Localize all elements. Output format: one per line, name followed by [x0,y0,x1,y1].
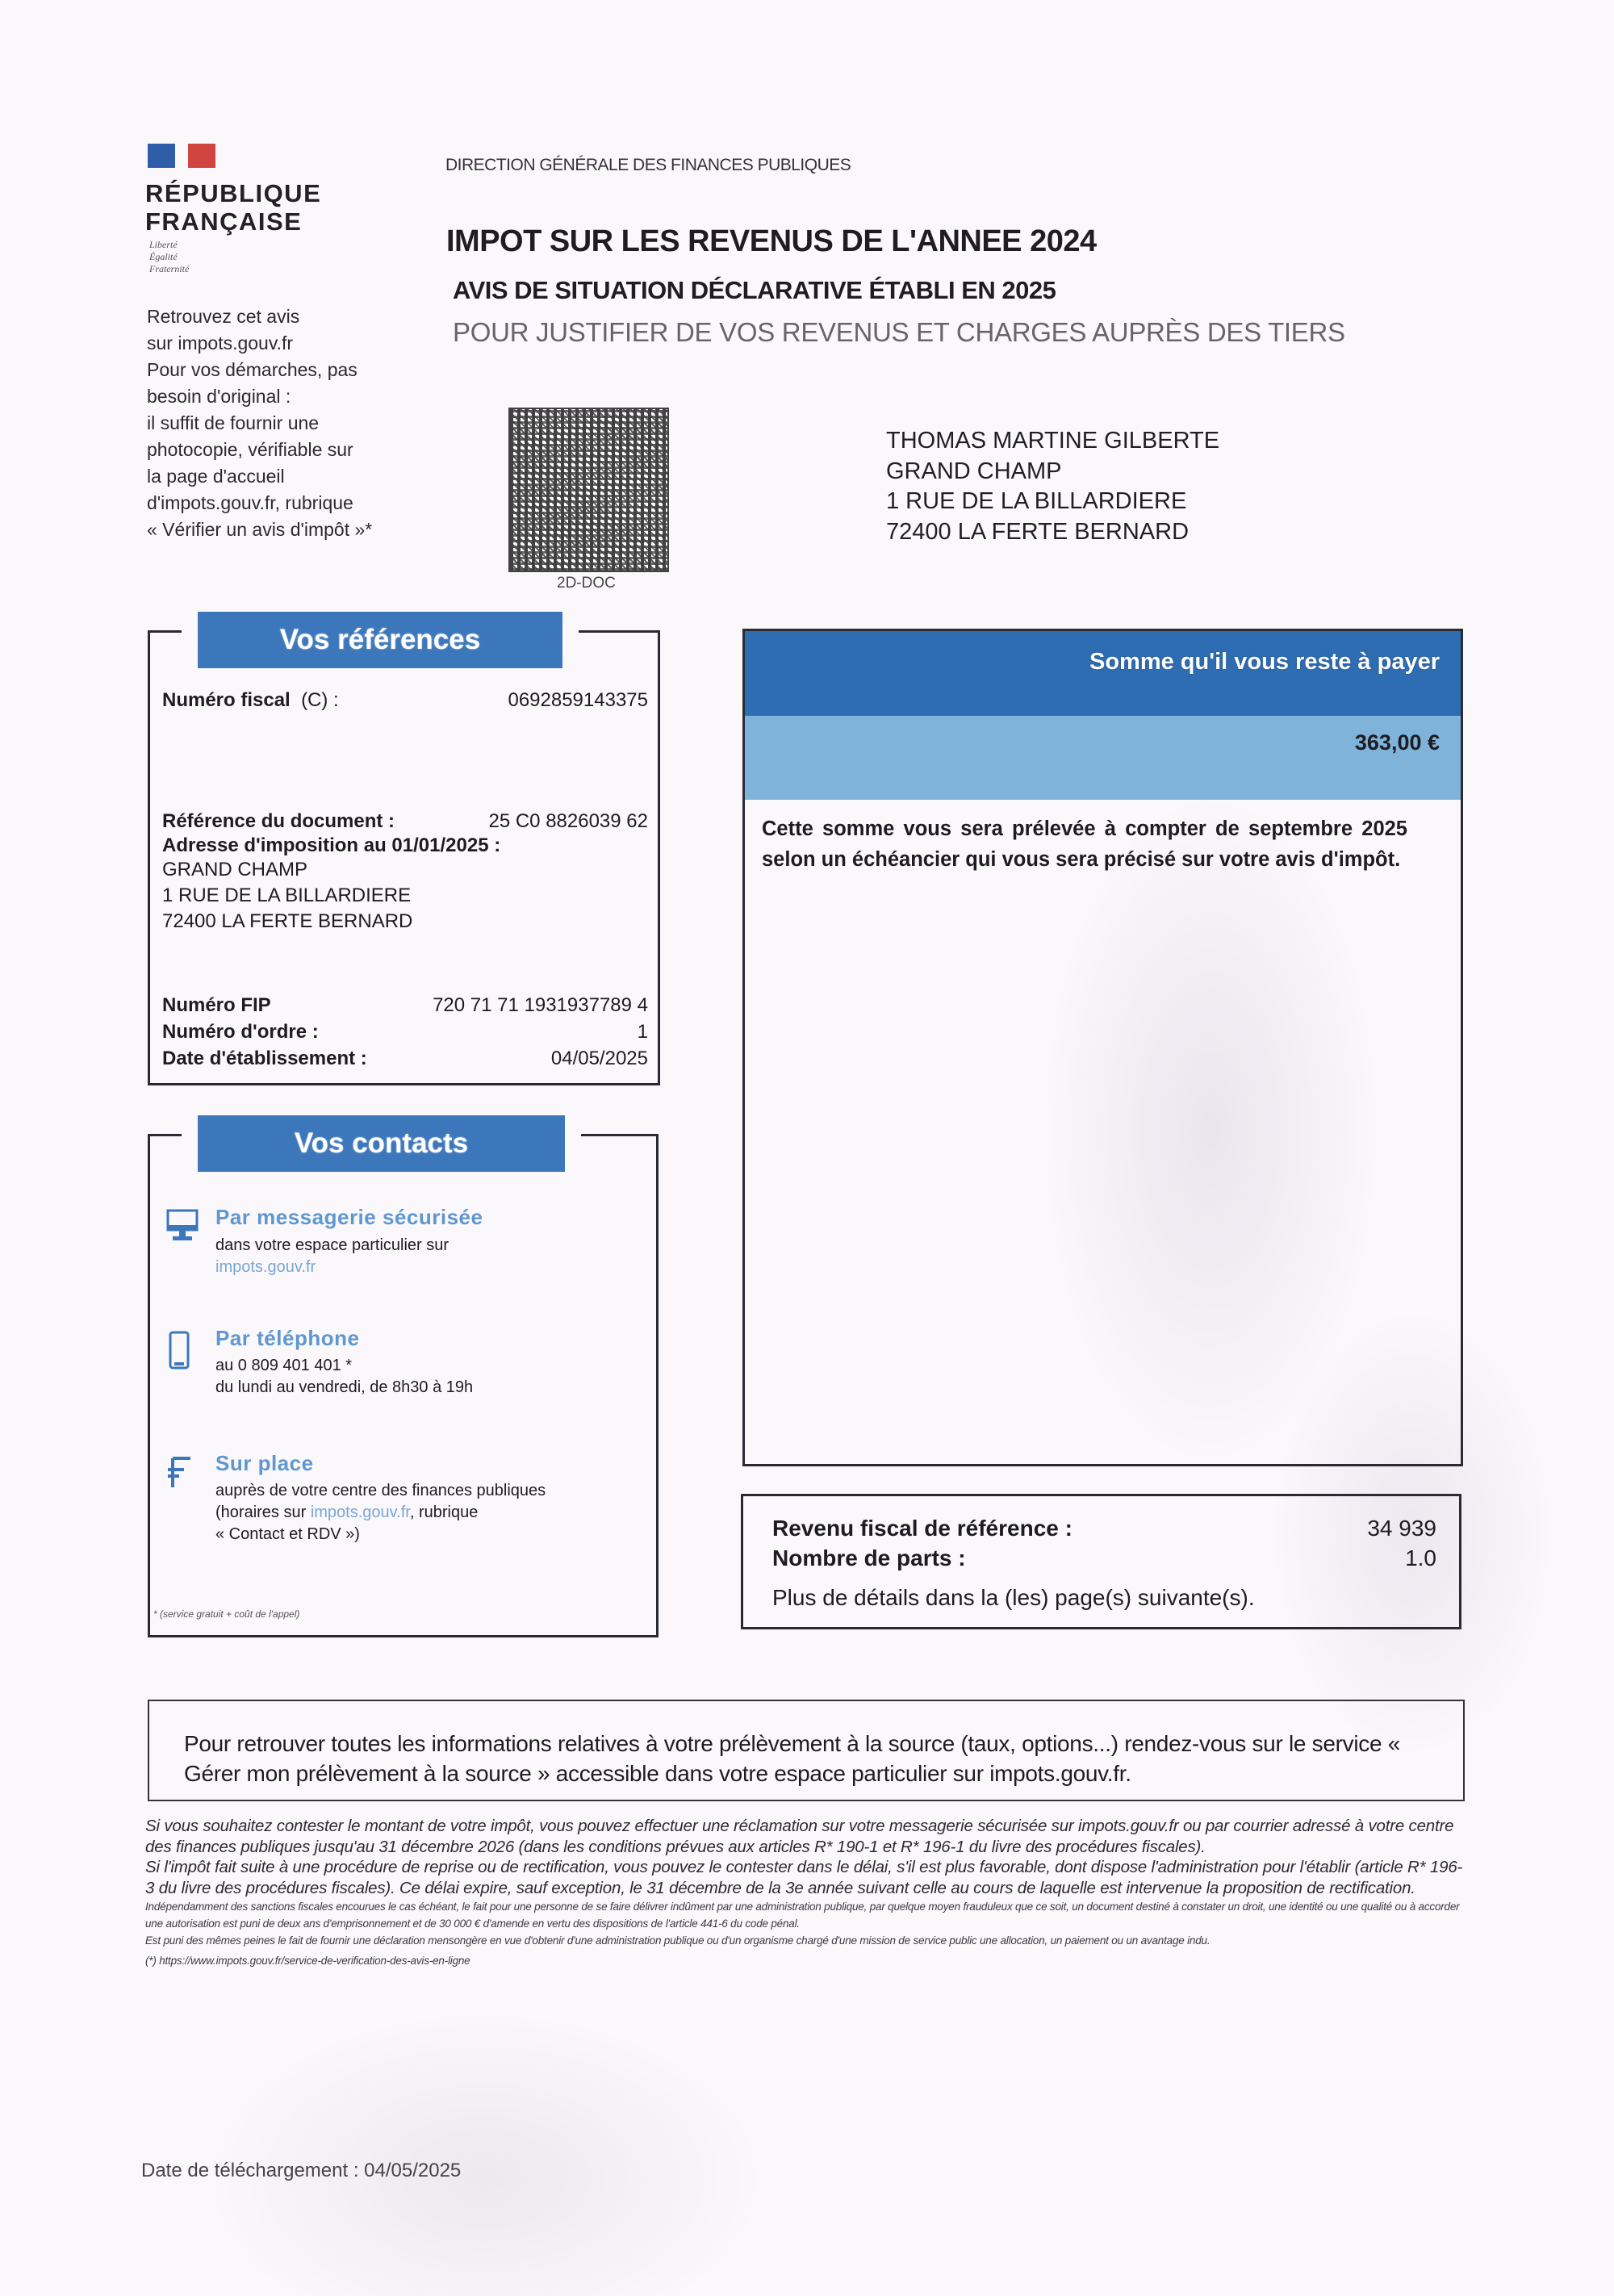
fiscal-number-value: 0692859143375 [508,689,648,712]
contact-line: (horaires sur [215,1503,311,1521]
legal-contest-text: Si vous souhaitez contester le montant d… [145,1816,1469,1857]
recipient-line: 1 RUE DE LA BILLARDIERE [886,487,1219,517]
recipient-line: 72400 LA FERTE BERNARD [886,517,1219,548]
rfr-row: Revenu fiscal de référence : 34 939 [772,1516,1436,1541]
order-label: Numéro d'ordre : [162,1021,319,1043]
amount-due-value: 363,00 € [1355,730,1440,755]
contact-onsite-heading: Sur place [215,1451,314,1476]
parts-row: Nombre de parts : 1.0 [772,1545,1436,1571]
contacts-box: Par messagerie sécurisée dans votre espa… [148,1134,659,1637]
reference-income-box: Revenu fiscal de référence : 34 939 Nomb… [741,1494,1461,1629]
contact-line: dans votre espace particulier sur [215,1235,449,1257]
note-line: il suffit de fournir une [147,410,429,437]
note-line: d'impots.gouv.fr, rubrique [147,490,429,516]
legal-rectification-text: Si l'impôt fait suite à une procédure de… [145,1857,1469,1898]
parts-label: Nombre de parts : [772,1545,966,1571]
contact-phone-hours: du lundi au vendredi, de 8h30 à 19h [215,1377,473,1399]
issue-date-row: Date d'établissement : 04/05/2025 [162,1048,648,1070]
amount-due-band: 363,00 € [745,716,1461,800]
note-line: Retrouvez cet avis [147,303,429,330]
motto-egalite: Égalité [149,251,189,263]
contact-line: , rubrique [410,1503,479,1521]
verification-url-note: (*) https://www.impots.gouv.fr/service-d… [145,1952,1469,1969]
document-page: RÉPUBLIQUE FRANÇAISE Liberté Égalité Fra… [0,0,1614,2296]
contact-secure-messaging-heading: Par messagerie sécurisée [215,1205,483,1230]
fiscal-number-row: Numéro fiscal (C) : 0692859143375 [162,689,648,712]
note-line: sur impots.gouv.fr [147,330,429,357]
order-row: Numéro d'ordre : 1 [162,1021,648,1043]
recipient-address: THOMAS MARTINE GILBERTE GRAND CHAMP 1 RU… [886,426,1219,547]
fip-row: Numéro FIP 720 71 71 1931937789 4 [162,994,648,1017]
legal-fraud-text-2: Est puni des mêmes peines le fait de fou… [145,1932,1469,1949]
contact-secure-messaging-text: dans votre espace particulier sur impots… [215,1235,449,1278]
withholding-tax-info-text: Pour retrouver toutes les informations r… [184,1729,1443,1788]
contacts-title: Vos contacts [198,1115,565,1172]
tax-address-line: 72400 LA FERTE BERNARD [162,909,412,935]
note-line: photocopie, vérifiable sur [147,437,429,463]
motto-fraternite: Fraternité [149,263,189,275]
impots-gouv-link[interactable]: impots.gouv.fr [215,1257,449,1278]
fip-label: Numéro FIP [162,994,271,1017]
note-line: besoin d'original : [147,383,429,410]
references-box: Numéro fiscal (C) : 0692859143375 Référe… [148,630,660,1085]
issue-date-value: 04/05/2025 [551,1048,648,1070]
legal-notices: Si vous souhaitez contester le montant d… [145,1816,1469,1969]
contact-phone-text: au 0 809 401 401 * du lundi au vendredi,… [215,1355,473,1399]
logo-line-1: RÉPUBLIQUE [145,179,321,207]
amount-due-explanation: Cette somme vous sera prélevée à compter… [762,813,1407,875]
tax-address-label: Adresse d'imposition au 01/01/2025 : [162,832,500,859]
contact-line: « Contact et RDV ») [215,1524,546,1545]
computer-icon [166,1209,199,1247]
dgfip-building-icon [166,1455,194,1495]
logo-line-2: FRANÇAISE [145,207,321,236]
recipient-line: GRAND CHAMP [886,457,1219,487]
recipient-name: THOMAS MARTINE GILBERTE [886,426,1219,457]
document-ref-label: Référence du document : [162,810,395,833]
document-title: IMPOT SUR LES REVENUS DE L'ANNEE 2024 [446,224,1097,259]
more-details-note: Plus de détails dans la (les) page(s) su… [772,1585,1255,1611]
tax-address: GRAND CHAMP 1 RUE DE LA BILLARDIERE 7240… [162,857,412,935]
phone-icon [168,1330,190,1374]
fip-value: 720 71 71 1931937789 4 [433,994,648,1017]
barcode-label: 2D-DOC [557,575,616,592]
impots-gouv-link[interactable]: impots.gouv.fr [311,1503,410,1521]
verification-note: Retrouvez cet avis sur impots.gouv.fr Po… [147,303,429,543]
amount-due-box: Somme qu'il vous reste à payer 363,00 € … [742,629,1463,1466]
document-subtitle: AVIS DE SITUATION DÉCLARATIVE ÉTABLI EN … [453,276,1056,305]
french-flag-logo-icon [148,144,215,168]
document-ref-value: 25 C0 8826039 62 [488,810,648,833]
amount-due-header: Somme qu'il vous reste à payer [745,631,1461,716]
issuing-authority: DIRECTION GÉNÉRALE DES FINANCES PUBLIQUE… [445,156,851,175]
contact-phone-number: au 0 809 401 401 * [215,1355,473,1377]
2d-doc-barcode-icon [508,408,669,572]
document-ref-row: Référence du document : 25 C0 8826039 62 [162,810,648,833]
contact-line: auprès de votre centre des finances publ… [215,1480,546,1502]
amount-due-label: Somme qu'il vous reste à payer [1089,649,1440,675]
fiscal-number-suffix: (C) : [301,689,339,711]
references-title: Vos références [198,612,562,668]
download-date: Date de téléchargement : 04/05/2025 [141,2160,461,2182]
rfr-value: 34 939 [1367,1516,1436,1541]
tax-address-line: 1 RUE DE LA BILLARDIERE [162,883,412,909]
rfr-label: Revenu fiscal de référence : [772,1516,1073,1541]
note-line: la page d'accueil [147,463,429,490]
republique-francaise-logo: RÉPUBLIQUE FRANÇAISE [145,179,321,236]
motto: Liberté Égalité Fraternité [149,239,189,275]
parts-value: 1.0 [1405,1545,1436,1571]
note-line: Pour vos démarches, pas [147,357,429,383]
issue-date-label: Date d'établissement : [162,1048,367,1070]
legal-fraud-text: Indépendamment des sanctions fiscales en… [145,1898,1469,1932]
note-line: « Vérifier un avis d'impôt »* [147,516,429,543]
contact-onsite-text: auprès de votre centre des finances publ… [215,1480,546,1545]
motto-liberte: Liberté [149,239,189,251]
withholding-tax-info-box: Pour retrouver toutes les informations r… [148,1700,1465,1801]
fiscal-number-label: Numéro fiscal [162,689,291,711]
document-purpose: POUR JUSTIFIER DE VOS REVENUS ET CHARGES… [453,317,1345,348]
contact-phone-heading: Par téléphone [215,1326,359,1351]
contacts-footnote: * (service gratuit + coût de l'appel) [153,1608,299,1620]
order-value: 1 [638,1021,648,1043]
tax-address-line: GRAND CHAMP [162,857,412,883]
